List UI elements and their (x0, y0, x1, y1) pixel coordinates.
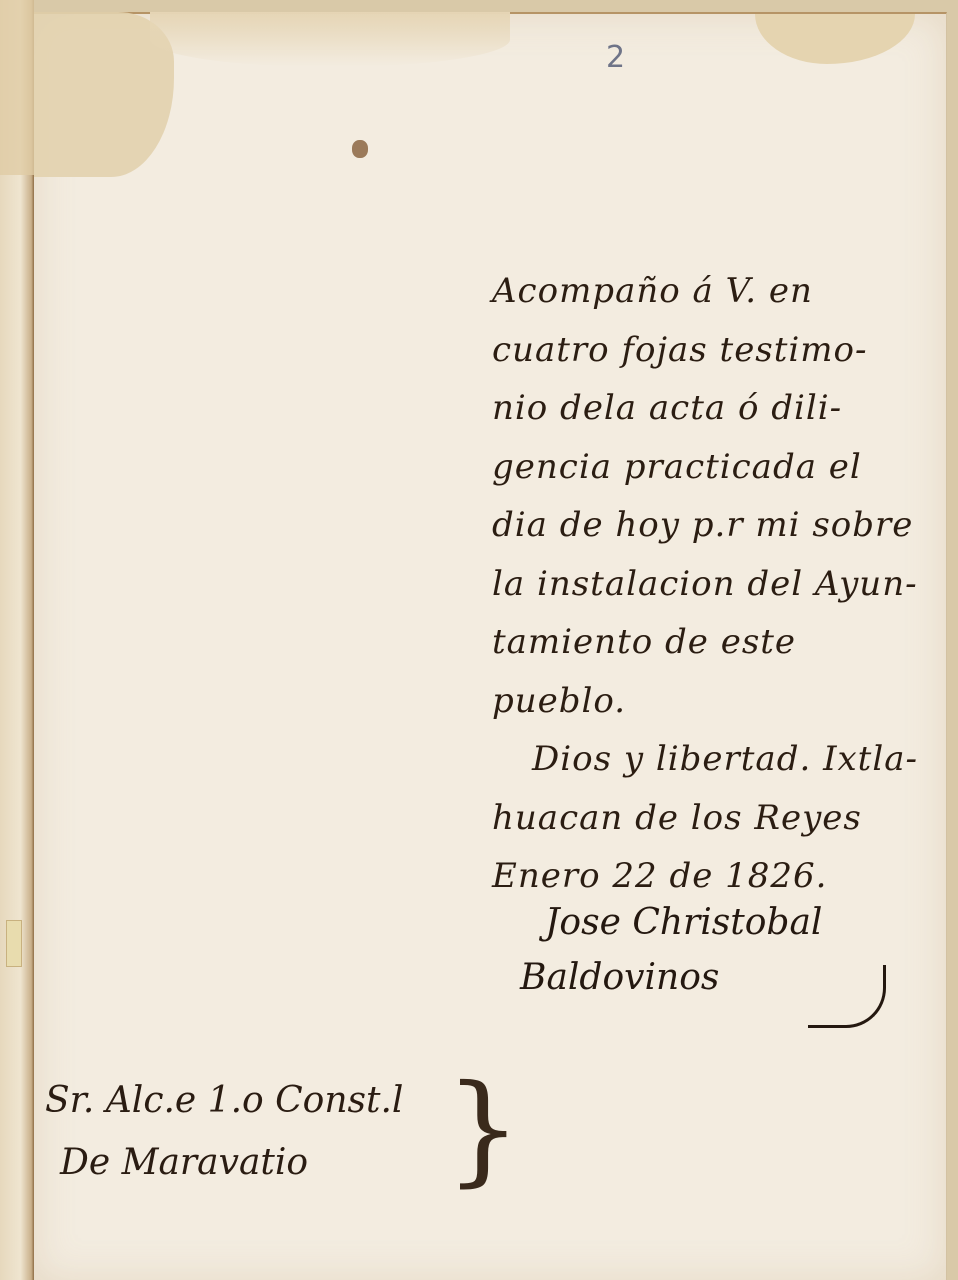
body-line: cuatro fojas testimo- (492, 321, 932, 380)
closing-line: Dios y libertad. Ixtla- (492, 730, 932, 789)
body-line: tamiento de este (492, 613, 932, 672)
spine-water-stain (0, 0, 34, 175)
ink-blot (352, 140, 368, 158)
page-number: 2 (606, 40, 625, 75)
place-line: huacan de los Reyes (492, 789, 932, 848)
addressee-place: De Maravatio (45, 1132, 403, 1194)
addressee-title: Sr. Alc.e 1.o Const.l (45, 1070, 403, 1132)
signature-first-name: Jose Christobal (520, 895, 822, 950)
addressee-block: Sr. Alc.e 1.o Const.l De Maravatio (45, 1070, 403, 1194)
water-stain-top (150, 12, 510, 67)
letter-body: Acompaño á V. en cuatro fojas testimo- n… (492, 262, 932, 906)
body-line: gencia practicada el (492, 438, 932, 497)
addressee-brace: } (445, 1070, 521, 1190)
body-line: la instalacion del Ayun- (492, 555, 932, 614)
body-line: nio dela acta ó dili- (492, 379, 932, 438)
binding-thread (6, 920, 22, 967)
book-spine-gutter (0, 0, 34, 1280)
body-line: Acompaño á V. en (492, 262, 932, 321)
body-line: pueblo. (492, 672, 932, 731)
body-line: dia de hoy p.r mi sobre (492, 496, 932, 555)
signature-surname: Baldovinos (520, 950, 822, 1005)
signature-block: Jose Christobal Baldovinos (520, 895, 822, 1005)
